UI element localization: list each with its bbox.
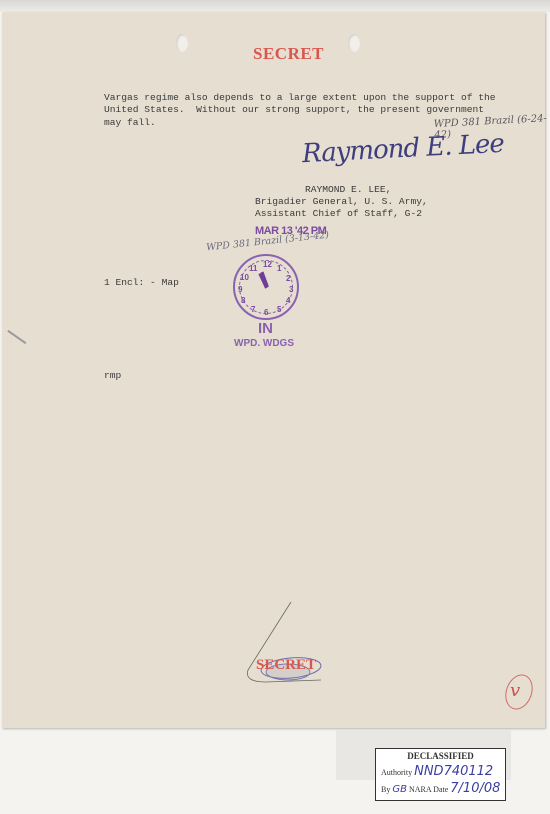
typist-initials: rmp: [104, 370, 121, 381]
authority-label: Authority: [381, 768, 412, 777]
declassification-stamp: DECLASSIFIED Authority NND740112 By GB N…: [375, 748, 506, 801]
by-label: By: [381, 785, 390, 794]
received-stamp-office: WPD. WDGS: [234, 338, 294, 349]
signature-block: RAYMOND E. LEE,Brigadier General, U. S. …: [255, 184, 428, 220]
punch-hole-left: [176, 34, 188, 52]
scribble-mark-icon: [236, 600, 336, 690]
classification-marking-bottom: SECRET: [256, 657, 316, 674]
scan-top-edge: [0, 0, 550, 12]
clock-stamp-icon: 12 1 2 3 4 5 6 7 8 9 10 11: [233, 254, 299, 320]
signer-rank: Brigadier General, U. S. Army,: [255, 196, 428, 208]
agency-date-label: NARA Date: [409, 785, 448, 794]
declass-date: 7/10/08: [450, 781, 500, 796]
enclosure-line: 1 Encl: - Map: [104, 277, 179, 288]
signer-name: RAYMOND E. LEE,: [255, 184, 428, 196]
signer-title: Assistant Chief of Staff, G-2: [255, 208, 428, 220]
review-check-mark: v: [510, 680, 520, 701]
punch-hole-right: [348, 34, 360, 52]
authority-value: NND740112: [414, 764, 493, 779]
body-line: Vargas regime also depends to a large ex…: [104, 92, 504, 104]
by-initials: GB: [392, 784, 407, 795]
declassified-title: DECLASSIFIED: [376, 751, 505, 761]
classification-marking-top: SECRET: [253, 44, 324, 64]
received-stamp-status: IN: [258, 320, 273, 337]
body-line: United States. Without our strong suppor…: [104, 104, 504, 116]
